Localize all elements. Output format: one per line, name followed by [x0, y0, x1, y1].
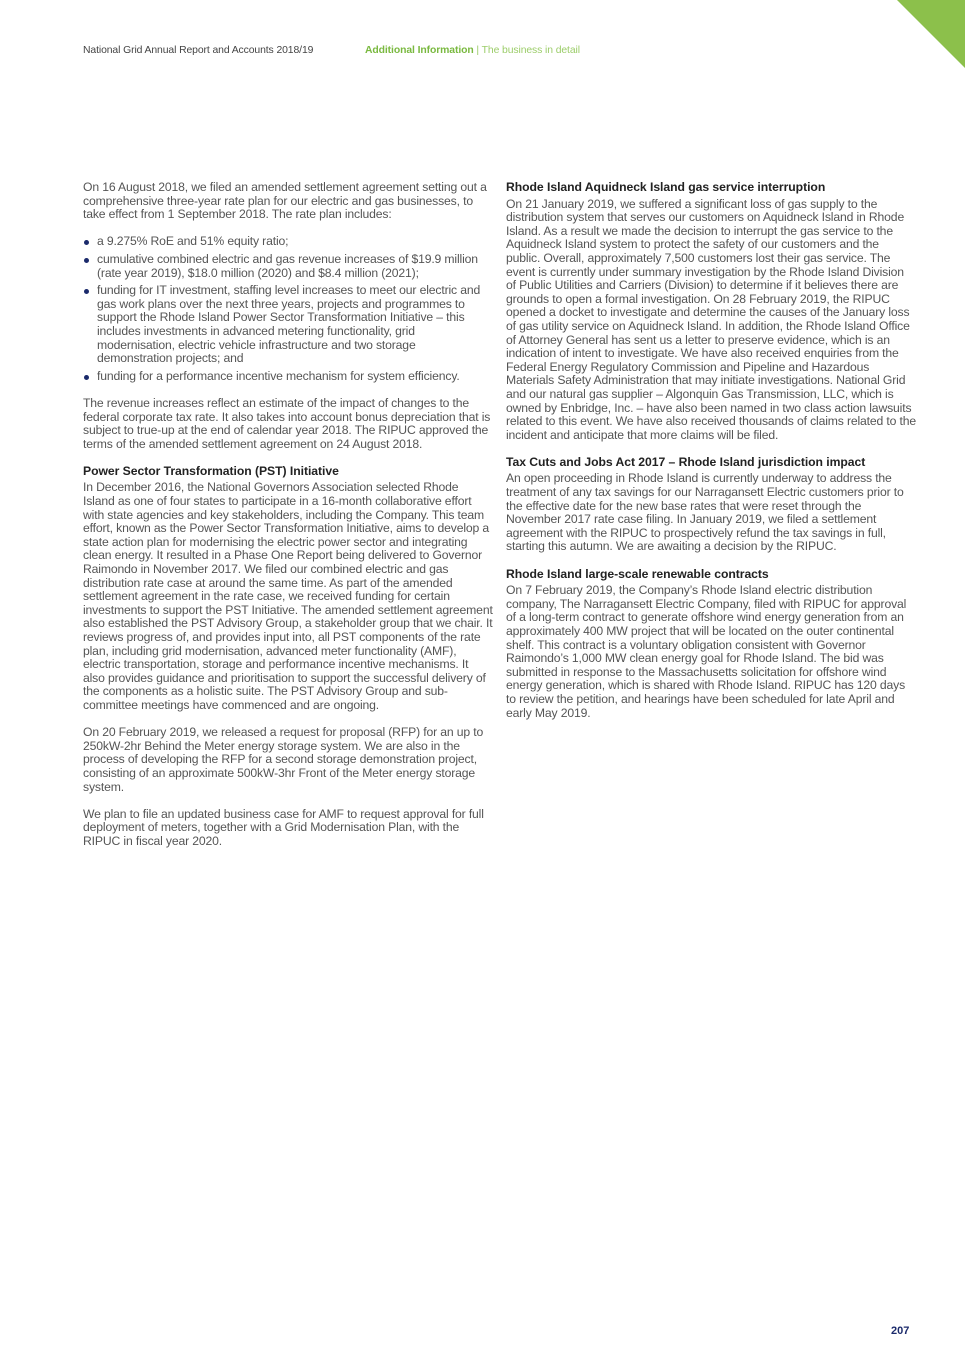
list-item: funding for a performance incentive mech…: [83, 370, 493, 384]
tax-cuts-paragraph: An open proceeding in Rhode Island is cu…: [506, 472, 916, 554]
left-column: On 16 August 2018, we filed an amended s…: [83, 181, 493, 862]
pst-heading: Power Sector Transformation (PST) Initia…: [83, 465, 493, 479]
rate-plan-list: a 9.275% RoE and 51% equity ratio; cumul…: [83, 235, 493, 383]
rfp-paragraph: On 20 February 2019, we released a reque…: [83, 726, 493, 794]
report-title: National Grid Annual Report and Accounts…: [83, 45, 313, 56]
list-item: funding for IT investment, staffing leve…: [83, 284, 493, 366]
section-title: Additional Information: [365, 45, 474, 56]
subsection-title: The business in detail: [482, 45, 580, 56]
tax-cuts-heading: Tax Cuts and Jobs Act 2017 – Rhode Islan…: [506, 456, 916, 470]
amf-paragraph: We plan to file an updated business case…: [83, 808, 493, 849]
list-item: cumulative combined electric and gas rev…: [83, 253, 493, 280]
renewable-contracts-heading: Rhode Island large-scale renewable contr…: [506, 568, 916, 582]
gas-interruption-paragraph: On 21 January 2019, we suffered a signif…: [506, 198, 916, 443]
right-column: Rhode Island Aquidneck Island gas servic…: [506, 181, 916, 734]
section-breadcrumb: Additional Information | The business in…: [365, 45, 580, 56]
list-item: a 9.275% RoE and 51% equity ratio;: [83, 235, 493, 249]
breadcrumb-separator: |: [476, 45, 479, 56]
corner-accent-triangle: [897, 0, 965, 68]
gas-interruption-heading: Rhode Island Aquidneck Island gas servic…: [506, 181, 916, 195]
intro-paragraph: On 16 August 2018, we filed an amended s…: [83, 181, 493, 222]
revenue-paragraph: The revenue increases reflect an estimat…: [83, 397, 493, 451]
renewable-contracts-paragraph: On 7 February 2019, the Company’s Rhode …: [506, 584, 916, 720]
running-header: National Grid Annual Report and Accounts…: [83, 45, 313, 56]
pst-paragraph: In December 2016, the National Governors…: [83, 481, 493, 712]
page-number: 207: [891, 1325, 909, 1337]
